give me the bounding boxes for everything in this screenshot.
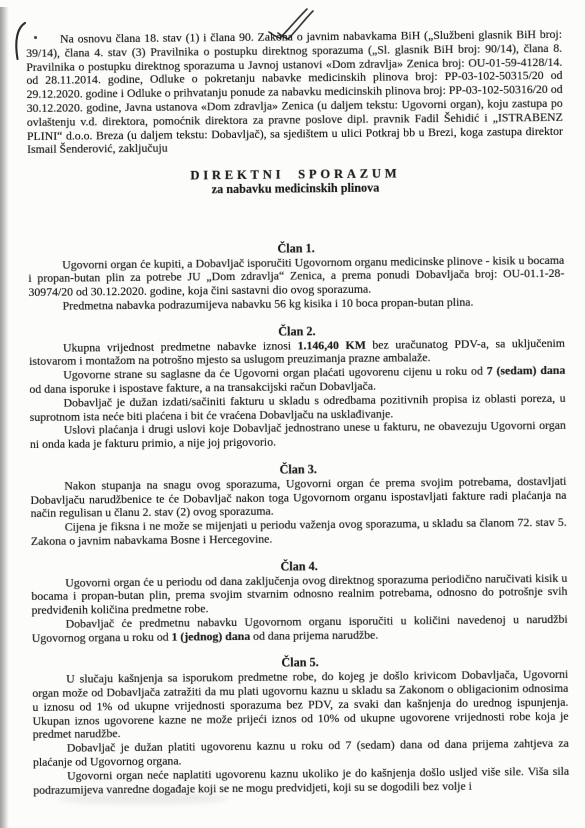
- article-paragraph: Ugovorni organ će u periodu od dana zakl…: [31, 571, 567, 618]
- scan-edge-shadow: [0, 7, 9, 828]
- document-page: Na osnovu člana 18. stav (1) i člana 90.…: [0, 0, 585, 828]
- document-title: DIREKTNI SPORAZUM za nabavku medicinskih…: [27, 166, 563, 199]
- preamble-paragraph: Na osnovu člana 18. stav (1) i člana 90.…: [26, 28, 563, 157]
- article-paragraph: Ugovorni organ će kupiti, a Dobavljač is…: [28, 253, 564, 300]
- article-paragraph: Dobavljač će predmetnu nabavku Ugovornom…: [32, 613, 568, 646]
- article-paragraph: Uslovi plaćanja i drugi uslovi koje Doba…: [30, 419, 566, 452]
- articles-section: Član 1.Ugovorni organ će kupiti, a Dobav…: [28, 240, 569, 798]
- article-paragraph: Predmetna nabavka podrazumijeva nabavku …: [29, 295, 565, 314]
- contract-content: Na osnovu člana 18. stav (1) i člana 90.…: [26, 28, 569, 798]
- article-paragraph: U slučaju kašnjenja sa isporukom predmet…: [32, 668, 569, 742]
- article-paragraph: Ugovorni organ neće naplatiti ugovorenu …: [33, 765, 569, 798]
- article-paragraph: Cijena je fiksna i ne može se mijenjati …: [31, 516, 567, 549]
- article-paragraph: Nakon stupanja na snagu ovog sporazuma, …: [30, 475, 566, 522]
